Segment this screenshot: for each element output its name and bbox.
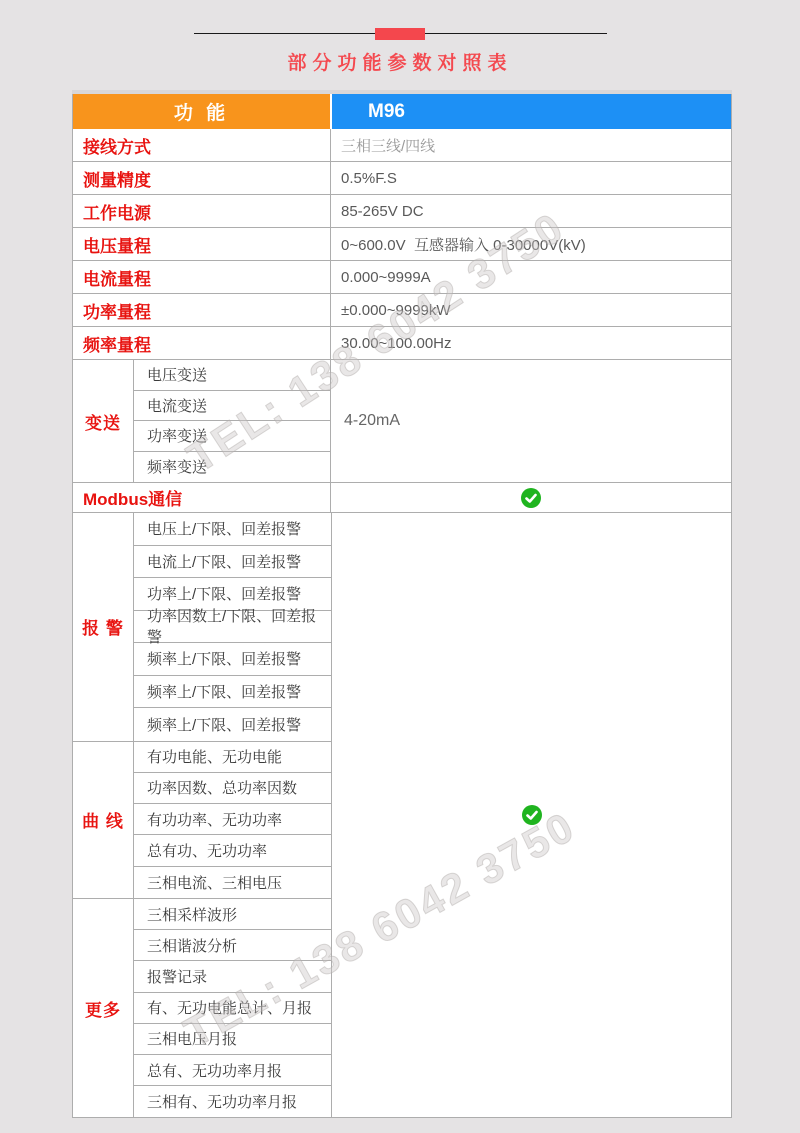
modbus-value-cell	[331, 483, 731, 512]
sub-row: 频率上/下限、回差报警	[134, 676, 331, 709]
row-value: ±0.000~9999kW	[331, 294, 731, 326]
feature-groups-block: 报 警 电压上/下限、回差报警 电流上/下限、回差报警 功率上/下限、回差报警 …	[73, 513, 731, 1117]
row-label: 电流量程	[73, 261, 331, 293]
group-label-curve: 曲 线	[73, 742, 134, 898]
group-label-transmit: 变送	[73, 360, 134, 482]
sub-row: 总有、无功功率月报	[134, 1055, 331, 1086]
sub-row: 频率上/下限、回差报警	[134, 643, 331, 676]
table-row: 功率量程 ±0.000~9999kW	[73, 294, 731, 327]
sub-row: 三相电流、三相电压	[134, 867, 331, 898]
table-row: 测量精度 0.5%F.S	[73, 162, 731, 195]
row-value: 三相三线/四线	[331, 129, 731, 161]
row-label: 频率量程	[73, 327, 331, 359]
row-value: 85-265V DC	[331, 195, 731, 227]
sub-row: 电压上/下限、回差报警	[134, 513, 331, 546]
feature-groups-left: 报 警 电压上/下限、回差报警 电流上/下限、回差报警 功率上/下限、回差报警 …	[73, 513, 332, 1117]
table-row: 电流量程 0.000~9999A	[73, 261, 731, 294]
row-label: 接线方式	[73, 129, 331, 161]
sub-row: 频率变送	[134, 452, 330, 483]
sub-row: 电压变送	[134, 360, 330, 391]
row-value: 0~600.0V 互感器输入 0-30000V(kV)	[331, 228, 731, 260]
decor-red-rect	[375, 28, 425, 40]
sub-row: 频率上/下限、回差报警	[134, 708, 331, 741]
sub-row: 有功电能、无功电能	[134, 742, 331, 773]
row-label: 功率量程	[73, 294, 331, 326]
sub-row: 有、无功电能总计、月报	[134, 993, 331, 1024]
header-cell-model: M96	[332, 94, 731, 129]
sub-row: 报警记录	[134, 961, 331, 992]
table-row: 工作电源 85-265V DC	[73, 195, 731, 228]
transmit-merged-value: 4-20mA	[331, 360, 731, 482]
sub-row: 功率因数、总功率因数	[134, 773, 331, 804]
sub-row: 有功功率、无功功率	[134, 804, 331, 835]
curve-sub-column: 有功电能、无功电能 功率因数、总功率因数 有功功率、无功功率 总有功、无功功率 …	[134, 742, 331, 898]
check-icon	[521, 488, 541, 508]
table-row: 电压量程 0~600.0V 互感器输入 0-30000V(kV)	[73, 228, 731, 261]
table-row: 接线方式 三相三线/四线	[73, 129, 731, 162]
more-section: 更多 三相采样波形 三相谐波分析 报警记录 有、无功电能总计、月报 三相电压月报…	[73, 899, 331, 1117]
sub-row: 三相采样波形	[134, 899, 331, 930]
sub-row: 功率因数上/下限、回差报警	[134, 611, 331, 644]
alarm-sub-column: 电压上/下限、回差报警 电流上/下限、回差报警 功率上/下限、回差报警 功率因数…	[134, 513, 331, 741]
table-header: 功 能 M96	[73, 94, 731, 129]
row-label: Modbus通信	[73, 483, 331, 512]
transmit-section: 变送 电压变送 电流变送 功率变送 频率变送 4-20mA	[73, 360, 731, 483]
row-label: 电压量程	[73, 228, 331, 260]
sub-row: 总有功、无功功率	[134, 835, 331, 866]
check-icon	[522, 805, 542, 825]
group-label-more: 更多	[73, 899, 134, 1117]
row-value: 30.00~100.00Hz	[331, 327, 731, 359]
group-label-alarm: 报 警	[73, 513, 134, 741]
sub-row: 功率变送	[134, 421, 330, 452]
sub-row: 电流变送	[134, 391, 330, 422]
header-cell-function: 功 能	[73, 94, 332, 129]
sub-row: 三相有、无功功率月报	[134, 1086, 331, 1117]
row-label: 测量精度	[73, 162, 331, 194]
row-value: 0.000~9999A	[331, 261, 731, 293]
alarm-section: 报 警 电压上/下限、回差报警 电流上/下限、回差报警 功率上/下限、回差报警 …	[73, 513, 331, 742]
more-sub-column: 三相采样波形 三相谐波分析 报警记录 有、无功电能总计、月报 三相电压月报 总有…	[134, 899, 331, 1117]
feature-groups-merged-value	[332, 513, 731, 1117]
row-value: 0.5%F.S	[331, 162, 731, 194]
spec-table: 功 能 M96 接线方式 三相三线/四线 测量精度 0.5%F.S 工作电源 8…	[72, 94, 732, 1118]
page-title: 部分功能参数对照表	[0, 48, 800, 75]
sub-row: 三相谐波分析	[134, 930, 331, 961]
row-label: 工作电源	[73, 195, 331, 227]
curve-section: 曲 线 有功电能、无功电能 功率因数、总功率因数 有功功率、无功功率 总有功、无…	[73, 742, 331, 899]
sub-row: 三相电压月报	[134, 1024, 331, 1055]
sub-row: 电流上/下限、回差报警	[134, 546, 331, 579]
transmit-sub-column: 电压变送 电流变送 功率变送 频率变送	[134, 360, 331, 482]
modbus-row: Modbus通信	[73, 483, 731, 513]
table-row: 频率量程 30.00~100.00Hz	[73, 327, 731, 360]
